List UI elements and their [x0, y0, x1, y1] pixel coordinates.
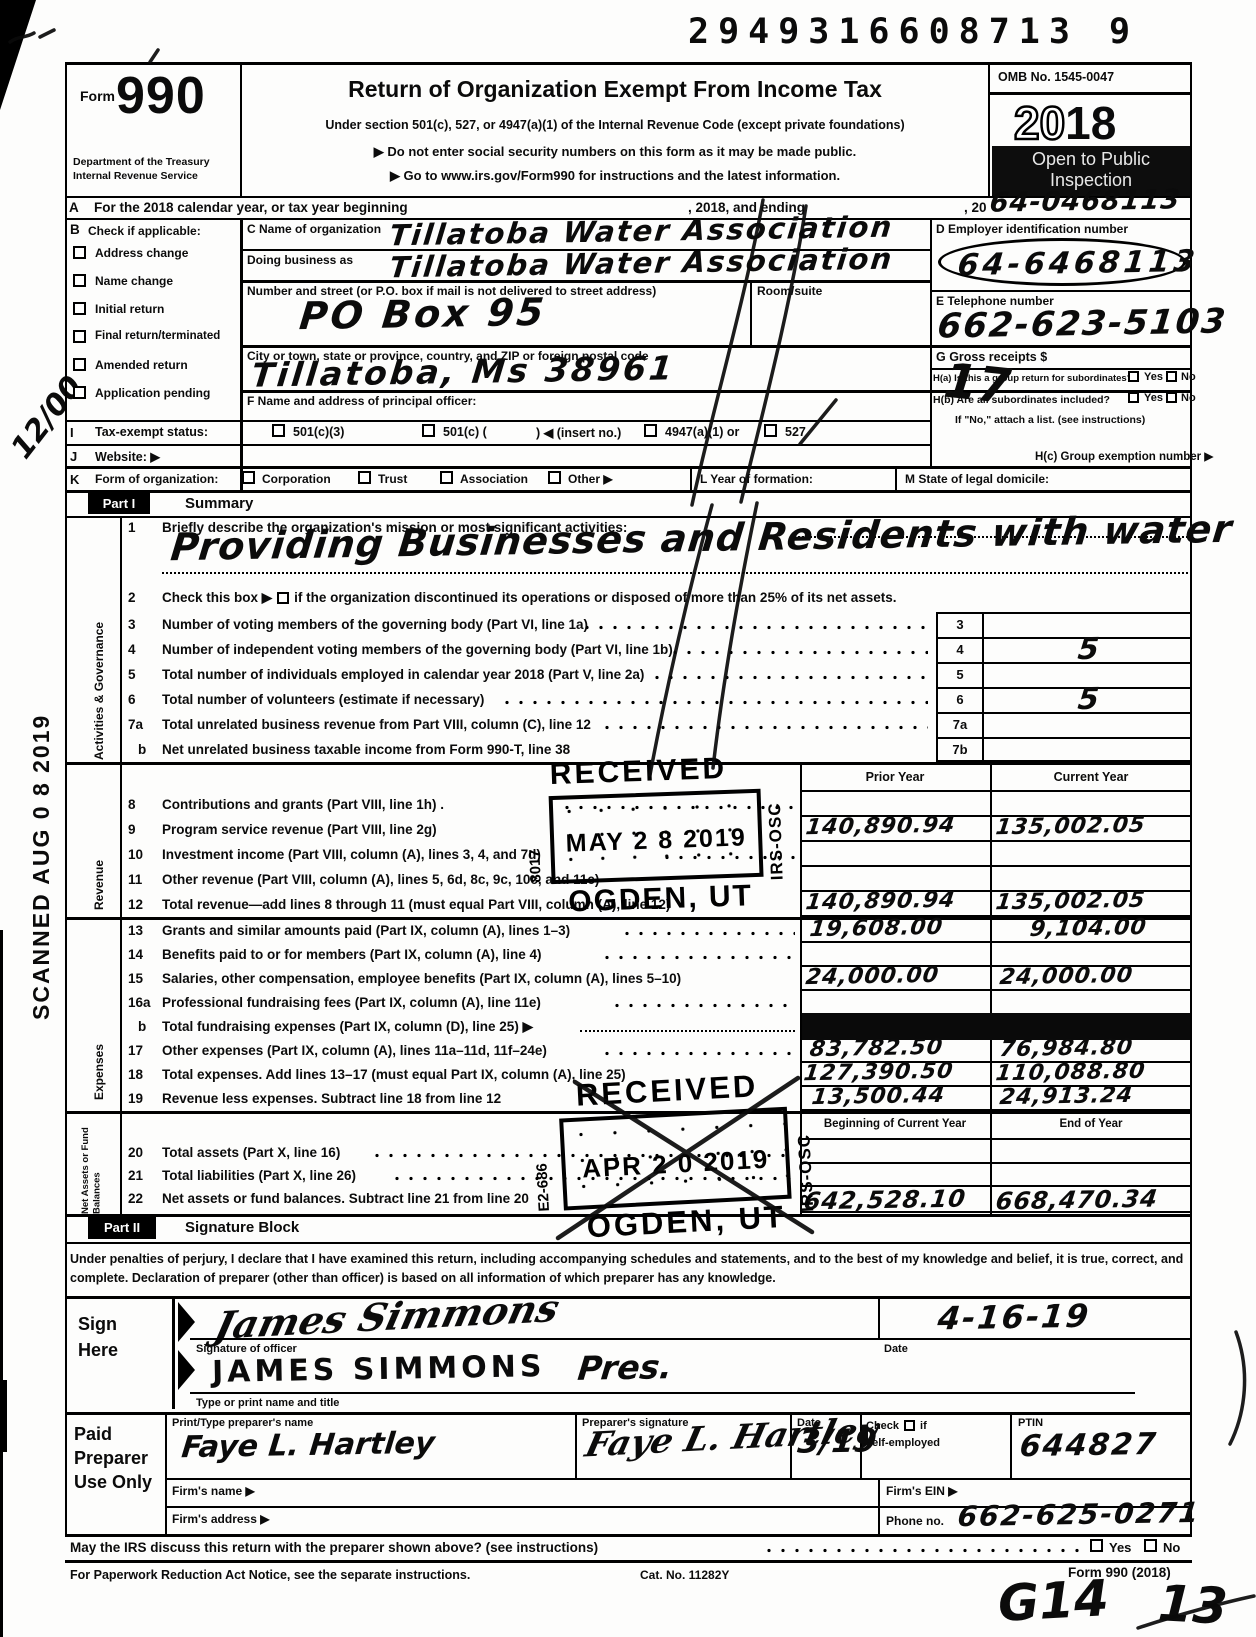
dot-leader [600, 1051, 795, 1056]
city-value: Tillatoba, Ms 38961 [250, 348, 678, 394]
dot-leader [620, 931, 795, 936]
part1-chip: Part I [88, 493, 150, 514]
current-value: 76,984.80 [998, 1035, 1134, 1062]
rev-row-num: 10 [128, 847, 143, 862]
gov-row-text: Net unrelated business taxable income fr… [162, 742, 570, 757]
rule [1190, 62, 1192, 1534]
gov-row-text: Total unrelated business revenue from Pa… [162, 717, 591, 732]
527-label: 527 [785, 425, 806, 439]
rule [65, 1560, 1192, 1563]
discuss-question: May the IRS discuss this return with the… [70, 1540, 598, 1555]
rule [242, 345, 930, 348]
application-pending-label: Application pending [95, 386, 210, 400]
exp-row-text: Revenue less expenses. Subtract line 18 … [162, 1091, 501, 1106]
line-a-text: For the 2018 calendar year, or tax year … [94, 200, 408, 215]
rule [575, 1412, 577, 1478]
rev-row-num: 8 [128, 797, 136, 812]
exp-row-num: 18 [128, 1067, 143, 1082]
preparer-phone-value: 662-625-0271 [956, 1496, 1202, 1533]
rule [65, 1534, 1192, 1537]
prior-value: 24,000.00 [804, 963, 940, 990]
gov-row-text: Number of independent voting members of … [162, 642, 673, 657]
ein-value: 64-6468113 [956, 244, 1200, 283]
gov-box-num: 7b [936, 739, 984, 762]
line2-text: Check this box ▶if the organization disc… [162, 590, 897, 606]
rule [165, 1412, 167, 1534]
gov-value: 5 [1076, 632, 1101, 667]
rule [878, 1299, 880, 1339]
catalog-number: Cat. No. 11282Y [640, 1568, 729, 1582]
officer-title: Pres. [576, 1347, 674, 1388]
if-word: if [920, 1420, 927, 1432]
exp-row-num: 15 [128, 971, 143, 986]
discuss-yes-label: Yes [1109, 1540, 1131, 1555]
use-only-label: Use Only [74, 1472, 152, 1493]
dot-leader [762, 1548, 1082, 1553]
received-stamp-date: APR 2 0 2019 [565, 1143, 786, 1185]
type-print-label: Type or print name and title [196, 1397, 339, 1409]
prior-value: 13,500.44 [810, 1083, 946, 1110]
501c3-checkbox[interactable] [272, 424, 285, 437]
scan-artifact [0, 0, 36, 110]
gov-box-num: 5 [936, 664, 984, 689]
exp-row-num: 14 [128, 947, 143, 962]
rule [65, 62, 1192, 65]
line-a-tag: A [69, 200, 79, 215]
part2-title: Signature Block [185, 1219, 299, 1236]
self-employed-checkbox[interactable] [904, 1420, 915, 1431]
principal-officer-label: F Name and address of principal officer: [247, 394, 476, 408]
prior-cell [802, 842, 990, 867]
rev-row-text: Contributions and grants (Part VIII, lin… [162, 797, 444, 812]
rule [240, 62, 242, 196]
rev-row-num: 12 [128, 897, 143, 912]
ha-no-checkbox[interactable] [1166, 371, 1177, 382]
preparer-name-label: Print/Type preparer's name [172, 1417, 313, 1429]
discuss-no-label: No [1163, 1540, 1180, 1555]
current-value: 135,002.05 [994, 813, 1147, 841]
current-value: 24,913.24 [998, 1083, 1134, 1110]
insert-no-label: ) ◀ (insert no.) [536, 425, 621, 440]
beginning-year-header: Beginning of Current Year [802, 1118, 988, 1130]
gov-row-num: 3 [128, 617, 136, 632]
handwritten-13: 13 [1157, 1574, 1230, 1636]
ha-yes-checkbox[interactable] [1128, 371, 1139, 382]
line2-post: if the organization discontinued its ope… [294, 590, 896, 605]
gov-value-cell [984, 739, 1192, 762]
received-stamp-box: MAY 2 8 2019 [549, 789, 764, 884]
exp-row-num: 19 [128, 1091, 143, 1106]
gov-value-cell [984, 714, 1192, 739]
name-change-label: Name change [95, 274, 173, 288]
amended-return-checkbox[interactable] [73, 358, 86, 371]
other-checkbox[interactable] [548, 471, 561, 484]
received-stamp-word: RECEIVED [549, 752, 727, 792]
check-if-applicable-label: Check if applicable: [88, 224, 201, 238]
officer-printed-name: JAMES SIMMONS [212, 1349, 546, 1390]
rule [190, 1338, 1190, 1340]
rule [930, 218, 932, 466]
rule [690, 466, 692, 490]
room-suite-label: Room/suite [757, 284, 822, 298]
paid-label: Paid [74, 1424, 112, 1445]
527-checkbox[interactable] [764, 424, 777, 437]
scan-artifact [0, 1380, 7, 1452]
goto-bullet: ▶ Go to www.irs.gov/Form990 for instruct… [250, 168, 980, 184]
exp-row-num: 16a [128, 995, 151, 1010]
received-stamp-word: RECEIVED [575, 1068, 759, 1114]
paperwork-notice: For Paperwork Reduction Act Notice, see … [70, 1568, 470, 1582]
rev-row-text: Investment income (Part VIII, column (A)… [162, 847, 541, 862]
exp-row-text: Total fundraising expenses (Part IX, col… [162, 1019, 533, 1035]
gov-row-num: 7a [128, 717, 143, 732]
exp-row-text: Benefits paid to or for members (Part IX… [162, 947, 542, 962]
association-checkbox[interactable] [440, 471, 453, 484]
line1-num: 1 [128, 520, 136, 535]
line2-pre: Check this box ▶ [162, 590, 272, 605]
gov-row-num: b [138, 742, 146, 757]
form-word: Form [80, 88, 115, 104]
dot-leader [650, 675, 928, 680]
501c-checkbox[interactable] [422, 424, 435, 437]
discontinued-checkbox[interactable] [277, 592, 289, 604]
scan-artifact [0, 930, 3, 1637]
tax-year-solid: 18 [1065, 97, 1116, 149]
rule [930, 290, 1192, 292]
prior-value: 83,782.50 [808, 1035, 944, 1062]
line-c-tag: C [247, 222, 256, 236]
gov-value: 5 [1076, 682, 1101, 717]
current-cell [992, 991, 1190, 1015]
rule [988, 62, 990, 196]
dotted-rule [162, 572, 1188, 574]
date-label: Date [884, 1343, 908, 1355]
rule [65, 466, 1192, 469]
gov-row-text: Total number of individuals employed in … [162, 667, 644, 682]
gov-row-text: Number of voting members of the governin… [162, 617, 588, 632]
received-stamp-code: 8017 [525, 802, 545, 883]
rule [1010, 1412, 1012, 1478]
legal-domicile-label: M State of legal domicile: [905, 472, 1049, 486]
tax-exempt-status-label: Tax-exempt status: [95, 425, 208, 439]
phone-no-label: Phone no. [886, 1514, 944, 1528]
net-row-text: Net assets or fund balances. Subtract li… [162, 1191, 529, 1206]
dba-label: Doing business as [247, 253, 353, 267]
ha-no-label: No [1181, 371, 1196, 383]
exp-row-num: 13 [128, 923, 143, 938]
rule [990, 92, 1190, 95]
hb-no-checkbox[interactable] [1166, 392, 1177, 403]
side-label-expenses: Expenses [92, 940, 106, 1100]
prior-cell [802, 991, 990, 1015]
rev-row-num: 9 [128, 822, 136, 837]
ptin-value: 644827 [1018, 1427, 1159, 1464]
sign-here-label-2: Here [78, 1340, 118, 1361]
gov-box-num: 7a [936, 714, 984, 739]
501c-label: 501(c) ( [443, 425, 487, 439]
ein-label: D Employer identification number [936, 222, 1128, 236]
rule [800, 1138, 1192, 1140]
line-b-tag: B [70, 222, 80, 237]
rule [65, 420, 930, 422]
4947a1-label: 4947(a)(1) or [665, 425, 739, 439]
current-value: 9,104.00 [1028, 915, 1148, 942]
preparer-label: Preparer [74, 1448, 148, 1469]
received-stamp-date: MAY 2 8 2019 [554, 823, 759, 859]
part1-title: Summary [185, 495, 253, 512]
dot-leader [580, 625, 928, 630]
received-stamp-code: E2-686 [531, 1119, 553, 1212]
trust-checkbox[interactable] [358, 471, 371, 484]
gov-row-num: 5 [128, 667, 136, 682]
line-a-handwritten-ein: 64-0468113 [988, 184, 1182, 218]
rule [65, 490, 1192, 493]
side-label-governance: Activities & Governance [92, 530, 106, 760]
firm-name-label: Firm's name ▶ [172, 1484, 255, 1498]
dept-line-2: Internal Revenue Service [73, 170, 198, 182]
rule [242, 280, 930, 283]
name-change-checkbox[interactable] [73, 274, 86, 287]
prior-value: 140,890.94 [804, 888, 957, 916]
line-k-tag: K [70, 472, 79, 487]
rev-row-text: Program service revenue (Part VIII, line… [162, 822, 437, 837]
initial-return-label: Initial return [95, 302, 164, 316]
sign-arrow-icon [178, 1350, 195, 1390]
exp-row-text: Other expenses (Part IX, column (A), lin… [162, 1043, 547, 1058]
rev-row-num: 11 [128, 872, 142, 887]
perjury-statement: Under penalties of perjury, I declare th… [70, 1250, 1186, 1289]
begin-cell [802, 1141, 990, 1164]
current-year-header: Current Year [992, 770, 1190, 784]
501c3-label: 501(c)(3) [293, 425, 344, 439]
prior-value: 140,890.94 [804, 813, 957, 841]
dot-leader [500, 700, 928, 705]
firm-address-label: Firm's address ▶ [172, 1512, 269, 1526]
form-number: 990 [116, 66, 206, 126]
end-year-header: End of Year [992, 1118, 1190, 1130]
preparer-date-value: 3/19 [796, 1421, 879, 1460]
rule [750, 280, 752, 345]
exp-row-text: Salaries, other compensation, employee b… [162, 971, 681, 986]
hb-note: If "No," attach a list. (see instruction… [955, 414, 1145, 426]
line-j-tag: J [70, 449, 77, 464]
rule [242, 390, 1192, 393]
line-a-20: , 20 [964, 200, 987, 215]
phone-value: 662-623-5103 [936, 301, 1230, 346]
end-value: 668,470.34 [994, 1185, 1160, 1216]
rule [165, 1478, 1192, 1480]
hb-yes-checkbox[interactable] [1128, 392, 1139, 403]
amended-return-label: Amended return [95, 358, 188, 372]
dotted-rule [580, 1030, 795, 1032]
signature-date: 4-16-19 [936, 1297, 1092, 1338]
prior-year-header: Prior Year [802, 770, 988, 784]
sign-here-label-1: Sign [78, 1314, 117, 1335]
dot-leader [600, 955, 795, 960]
dln-barcode-number: 2949316608713 9 [688, 12, 1139, 52]
dot-leader [600, 725, 928, 730]
side-label-revenue: Revenue [92, 800, 106, 910]
sign-arrow-icon [178, 1302, 195, 1342]
association-label: Association [460, 472, 528, 486]
tax-year-outline: 20 [1014, 97, 1065, 149]
net-row-num: 22 [128, 1191, 143, 1206]
trust-label: Trust [378, 472, 407, 486]
received-stamp-city: OGDEN, UT [568, 879, 754, 919]
gov-box-num: 6 [936, 689, 984, 714]
part2-chip: Part II [88, 1217, 156, 1239]
address-change-checkbox[interactable] [73, 246, 86, 259]
exp-row-text: Grants and similar amounts paid (Part IX… [162, 923, 570, 938]
dot-leader [668, 650, 928, 655]
received-stamp-irsosc: IRS-OSC [764, 770, 788, 881]
omb-number: OMB No. 1545-0047 [998, 70, 1114, 84]
exp-row-num: 17 [128, 1043, 143, 1058]
rule [65, 444, 930, 446]
address-change-label: Address change [95, 246, 188, 260]
exp-row-num: b [138, 1019, 146, 1034]
preparer-name-value: Faye L. Hartley [180, 1426, 437, 1465]
hc-label: H(c) Group exemption number ▶ [1035, 449, 1213, 463]
side-label-net-assets: Net Assets or Fund Balances [80, 1116, 114, 1214]
rule [240, 218, 243, 490]
handwritten-17: 17 [941, 353, 1013, 416]
rule [190, 1392, 1135, 1394]
self-employed-label-2: self-employed [866, 1437, 940, 1449]
current-value: 135,002.05 [994, 888, 1147, 916]
form-subtitle: Under section 501(c), 527, or 4947(a)(1)… [246, 118, 984, 132]
end-cell [992, 1141, 1190, 1164]
open-to-public-line1: Open to Public [992, 149, 1190, 170]
hb-no-label: No [1181, 392, 1196, 404]
street-value: PO Box 95 [297, 290, 548, 338]
net-row-text: Total liabilities (Part X, line 26) [162, 1168, 356, 1183]
rule [172, 1299, 175, 1409]
4947a1-checkbox[interactable] [644, 424, 657, 437]
dot-leader [610, 1003, 795, 1008]
received-stamp-apr: RECEIVED APR 2 0 2019 E2-686 IRS-OSC OGD… [541, 1061, 833, 1242]
line-i-tag: I [70, 425, 74, 440]
line2-num: 2 [128, 590, 136, 605]
rule [65, 1412, 1192, 1415]
year-of-formation-label: L Year of formation: [700, 472, 813, 486]
scanned-stamp: SCANNED AUG 0 8 2019 [28, 620, 55, 1020]
dept-line-1: Department of the Treasury [73, 156, 210, 168]
application-pending-checkbox[interactable] [73, 386, 86, 399]
gov-row-num: 4 [128, 642, 136, 657]
form-title: Return of Organization Exempt From Incom… [250, 76, 980, 103]
current-cell [992, 842, 1190, 867]
ptin-label: PTIN [1018, 1417, 1043, 1429]
rule [895, 466, 897, 490]
final-return-checkbox[interactable] [73, 330, 86, 343]
discuss-no-checkbox[interactable] [1144, 1539, 1157, 1552]
website-label: Website: ▶ [95, 449, 160, 464]
handwritten-g14: G14 [997, 1569, 1111, 1633]
net-row-text: Total assets (Part X, line 16) [162, 1145, 340, 1160]
net-row-num: 21 [128, 1168, 143, 1183]
initial-return-checkbox[interactable] [73, 302, 86, 315]
hb-yes-label: Yes [1144, 392, 1163, 404]
exp-row-text: Professional fundraising fees (Part IX, … [162, 995, 541, 1010]
corporation-checkbox[interactable] [242, 471, 255, 484]
net-row-num: 20 [128, 1145, 143, 1160]
received-stamp-box: APR 2 0 2019 [559, 1107, 792, 1211]
ha-yes-label: Yes [1144, 371, 1163, 383]
gov-row-num: 6 [128, 692, 136, 707]
received-stamp-may: RECEIVED MAY 2 8 2019 8017 IRS-OSC OGDEN… [537, 746, 801, 923]
tax-year: 2018 [1014, 96, 1116, 150]
form-990-scan: 2949316608713 9 12/00 SCANNED AUG 0 8 20… [0, 0, 1256, 1637]
org-name-label: C Name of organization [247, 222, 381, 236]
discuss-yes-checkbox[interactable] [1090, 1539, 1103, 1552]
gov-row-text: Total number of volunteers (estimate if … [162, 692, 484, 707]
gov-box-num: 4 [936, 639, 984, 664]
corporation-label: Corporation [262, 472, 331, 486]
privacy-bullet: ▶ Do not enter social security numbers o… [250, 144, 980, 160]
other-label: Other ▶ [568, 472, 613, 486]
end-cell [992, 1164, 1190, 1187]
firm-ein-label: Firm's EIN ▶ [886, 1484, 957, 1498]
final-return-label: Final return/terminated [95, 330, 220, 342]
form-of-org-label: Form of organization: [95, 472, 218, 486]
rule [930, 345, 1192, 348]
gov-box-num: 3 [936, 614, 984, 639]
current-value: 24,000.00 [998, 963, 1134, 990]
received-stamp-irsosc: IRS-OSC [793, 1101, 819, 1212]
rule [65, 62, 67, 1534]
org-name-label-text: Name of organization [259, 222, 381, 236]
prior-value: 19,608.00 [808, 915, 944, 942]
